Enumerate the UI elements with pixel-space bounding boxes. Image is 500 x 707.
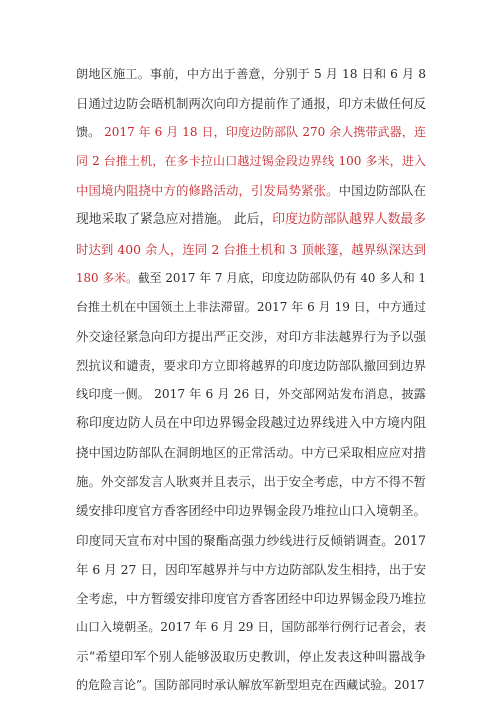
text-line: 年 6 月 27 日，因印军越界并与中方边防部队发生相持，出于安: [76, 555, 426, 584]
text-line: 180 多米。截至 2017 年 7 月底，印度边防部队仍有 40 多人和 1: [76, 264, 426, 293]
text-segment: 台推土机在中国领土上非法滞留。2017 年 6 月 19 日，中方通过: [76, 300, 426, 314]
text-line: 烈抗议和谴责，要求印方立即将越界的印度边防部队撤回到边界: [76, 351, 426, 380]
text-line: 施。外交部发言人耿爽并且表示，出于安全考虑，中方不得不暂: [76, 467, 426, 496]
text-line: 称印度边防人员在中印边界锡金段越过边界线进入中方境内阻: [76, 409, 426, 438]
text-line: 日通过边防会晤机制两次向印方提前作了通报，印方未做任何反: [76, 89, 426, 118]
text-line: 时达到 400 余人，连同 2 台推土机和 3 顶帐篷，越界纵深达到: [76, 235, 426, 264]
text-line: 外交途径紧急向印方提出严正交涉，对印方非法越界行为予以强: [76, 322, 426, 351]
text-segment: 挠中国边防部队在洞朗地区的正常活动。中方已采取相应应对措: [76, 445, 426, 460]
document-page: 朗地区施工。事前，中方出于善意，分别于 5 月 18 日和 6 月 8 日通过边…: [0, 0, 500, 707]
text-line: 山口入境朝圣。2017 年 6 月 29 日，国防部举行例行记者会，表: [76, 613, 426, 642]
text-segment: 山口入境朝圣。2017 年 6 月 29 日，国防部举行例行记者会，表: [76, 620, 426, 634]
highlighted-text-segment: 180 多米。: [76, 271, 138, 285]
text-segment: 截至 2017 年 7 月底，印度边防部队仍有 40 多人和 1: [138, 271, 426, 285]
text-line: 的危险言论”。国防部同时承认解放军新型坦克在西藏试验。2017: [76, 671, 426, 700]
highlighted-text-segment: 印度边防部队越界人数最多: [272, 212, 426, 227]
text-line: 示“希望印军个别人能够汲取历史教训，停止发表这种叫嚣战争: [76, 642, 426, 671]
highlighted-text-segment: 同 2 台推土机，在多卡拉山口越过锡金段边界线 100 多米，进入: [76, 154, 426, 168]
text-line: 同 2 台推土机，在多卡拉山口越过锡金段边界线 100 多米，进入: [76, 147, 426, 176]
highlighted-text-segment: 时达到 400 余人，连同 2 台推土机和 3 顶帐篷，越界纵深达到: [76, 242, 426, 257]
text-segment: 中国边防部队在: [339, 183, 426, 198]
text-segment: 示“希望印军个别人能够汲取历史教训，停止发表这种叫嚣战争: [76, 649, 426, 664]
text-segment: 现地采取了紧急应对措施。 此后，: [76, 212, 272, 227]
text-line: 挠中国边防部队在洞朗地区的正常活动。中方已采取相应应对措: [76, 438, 426, 467]
text-segment: 线印度一侧。 2017 年 6 月 26 日，外交部网站发布消息，披露: [76, 387, 426, 401]
text-segment: 日通过边防会晤机制两次向印方提前作了通报，印方未做任何反: [76, 96, 426, 111]
text-segment: 缓安排印度官方香客团经中印边界锡金段乃堆拉山口入境朝圣。: [76, 503, 426, 518]
text-segment: 馈。: [76, 125, 104, 139]
text-segment: 施。外交部发言人耿爽并且表示，出于安全考虑，中方不得不暂: [76, 474, 426, 489]
text-line: 全考虑，中方暂缓安排印度官方香客团经中印边界锡金段乃堆拉: [76, 584, 426, 613]
highlighted-text-segment: 中国境内阻挠中方的修路活动，引发局势紧张。: [76, 183, 339, 198]
text-segment: 的危险言论”。国防部同时承认解放军新型坦克在西藏试验。2017: [76, 678, 425, 692]
document-body-text: 朗地区施工。事前，中方出于善意，分别于 5 月 18 日和 6 月 8 日通过边…: [76, 60, 426, 700]
text-segment: 称印度边防人员在中印边界锡金段越过边界线进入中方境内阻: [76, 416, 426, 431]
text-segment: 外交途径紧急向印方提出严正交涉，对印方非法越界行为予以强: [76, 329, 426, 344]
text-line: 印度同天宣布对中国的聚酯高强力纱线进行反倾销调查。2017: [76, 526, 426, 555]
text-segment: 朗地区施工。事前，中方出于善意，分别于 5 月 18 日和 6 月 8: [76, 67, 426, 81]
text-line: 缓安排印度官方香客团经中印边界锡金段乃堆拉山口入境朝圣。: [76, 496, 426, 525]
text-line: 线印度一侧。 2017 年 6 月 26 日，外交部网站发布消息，披露: [76, 380, 426, 409]
text-line: 中国境内阻挠中方的修路活动，引发局势紧张。中国边防部队在: [76, 176, 426, 205]
text-line: 现地采取了紧急应对措施。 此后，印度边防部队越界人数最多: [76, 205, 426, 234]
text-line: 馈。 2017 年 6 月 18 日，印度边防部队 270 余人携带武器，连: [76, 118, 426, 147]
text-segment: 全考虑，中方暂缓安排印度官方香客团经中印边界锡金段乃堆拉: [76, 591, 426, 606]
highlighted-text-segment: 2017 年 6 月 18 日，印度边防部队 270 余人携带武器，连: [104, 125, 426, 139]
text-segment: 年 6 月 27 日，因印军越界并与中方边防部队发生相持，出于安: [76, 562, 426, 577]
text-line: 朗地区施工。事前，中方出于善意，分别于 5 月 18 日和 6 月 8: [76, 60, 426, 89]
text-segment: 印度同天宣布对中国的聚酯高强力纱线进行反倾销调查。2017: [76, 533, 426, 548]
text-line: 台推土机在中国领土上非法滞留。2017 年 6 月 19 日，中方通过: [76, 293, 426, 322]
text-segment: 烈抗议和谴责，要求印方立即将越界的印度边防部队撤回到边界: [76, 358, 426, 373]
